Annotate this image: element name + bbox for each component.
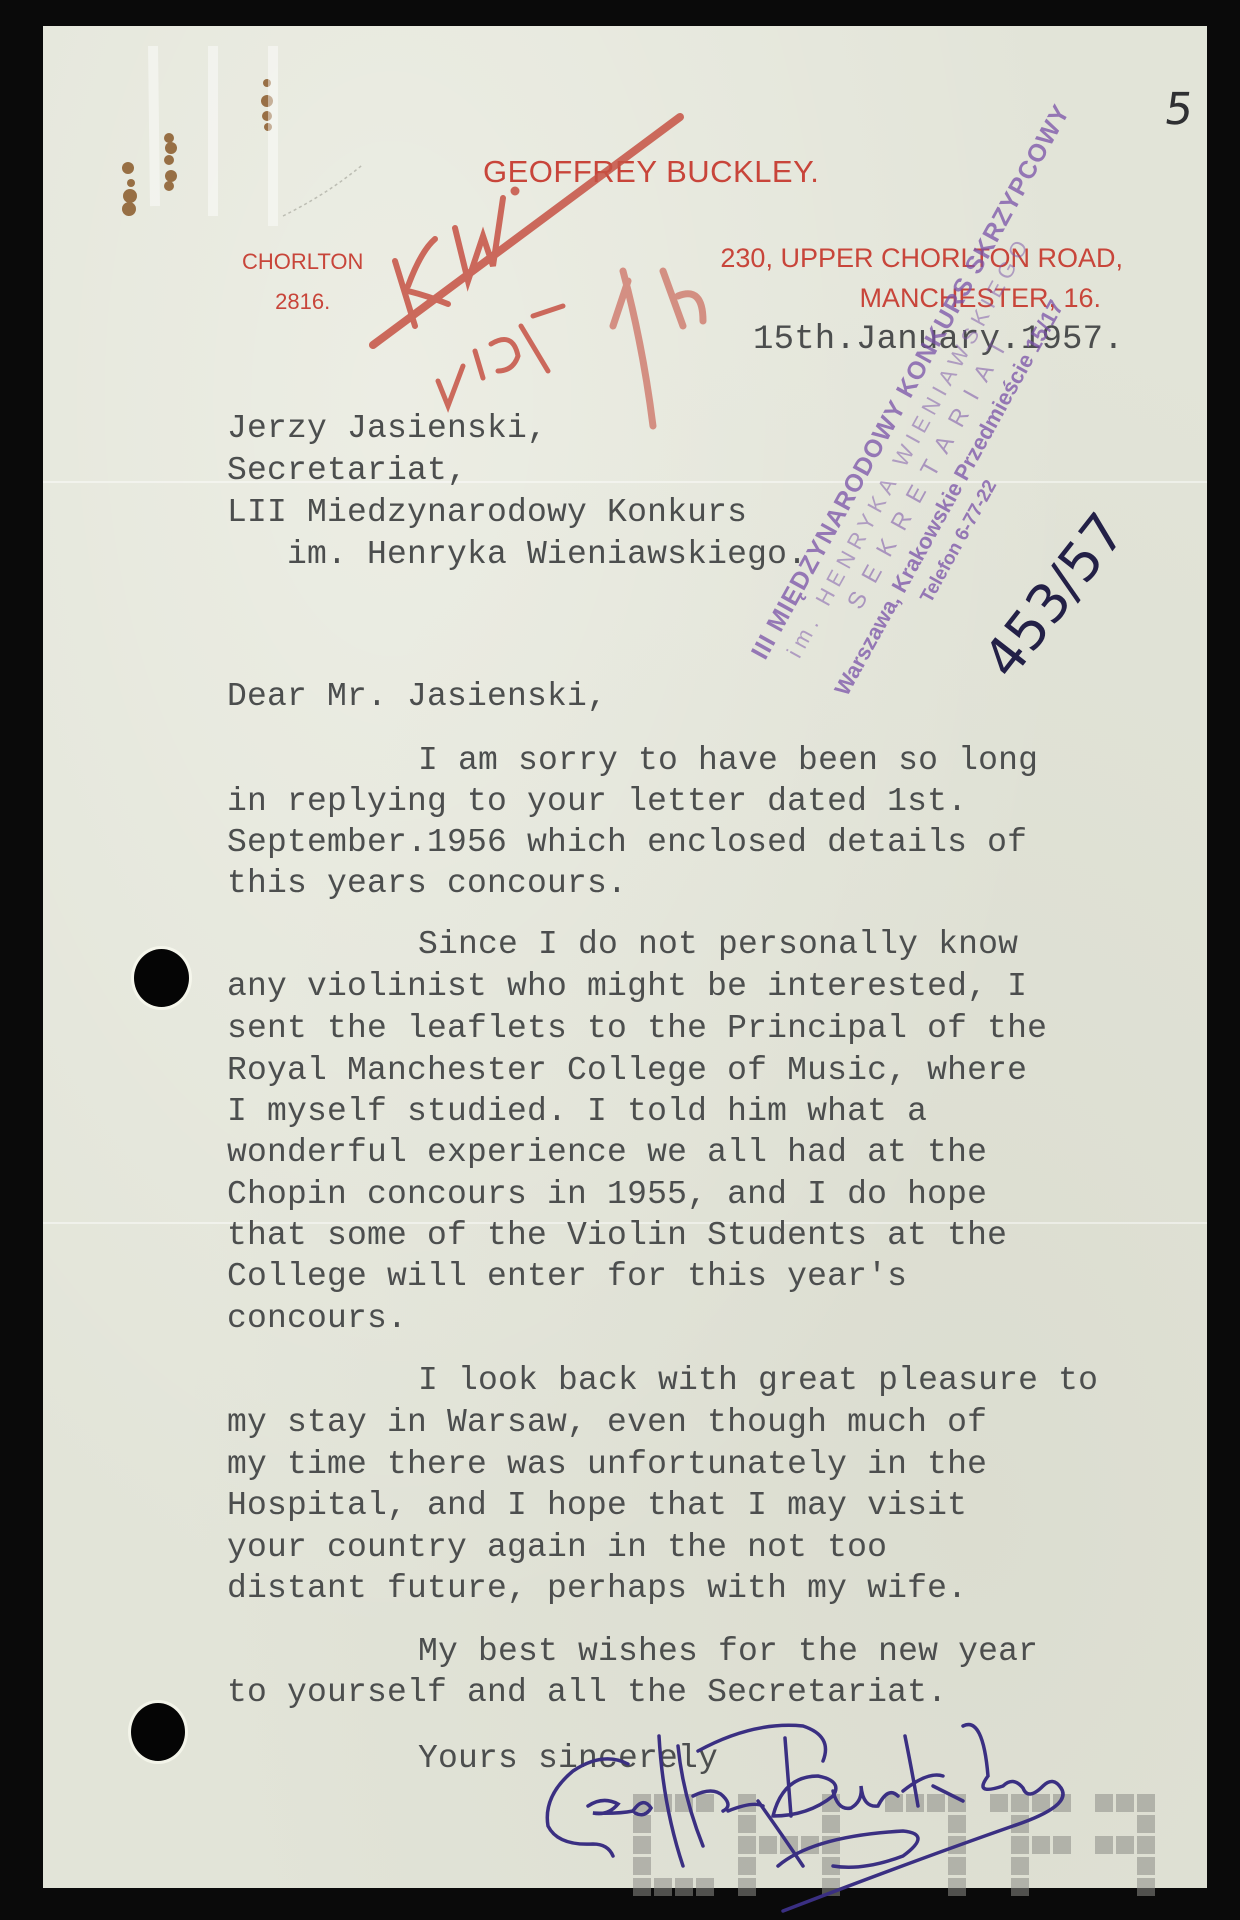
watermark-block <box>1137 1878 1155 1896</box>
letter-date: 15th.January.1957. <box>753 321 1124 359</box>
body-line: September.1956 which enclosed details of <box>227 824 1027 861</box>
watermark-block <box>675 1878 693 1896</box>
watermark-block <box>633 1794 651 1812</box>
watermark-block <box>738 1836 756 1854</box>
watermark-block <box>633 1815 651 1833</box>
watermark-block <box>759 1836 777 1854</box>
watermark-block <box>948 1836 966 1854</box>
recipient-line: im. Henryka Wieniawskiego. <box>227 536 807 573</box>
body-line: that some of the Violin Students at the <box>227 1217 1007 1254</box>
fold-line <box>43 481 1207 483</box>
letterhead-phone: CHORLTON 2816. <box>242 242 363 322</box>
address-line-2: MANCHESTER, 16. <box>679 278 1123 318</box>
watermark-block <box>822 1857 840 1875</box>
punch-hole <box>131 1703 185 1761</box>
watermark-block <box>1011 1878 1029 1896</box>
watermark-block <box>738 1794 756 1812</box>
watermark-block <box>1137 1794 1155 1812</box>
closing: Yours sincerely <box>418 1740 718 1777</box>
body-line: College will enter for this year's <box>227 1258 907 1295</box>
body-line: concours. <box>227 1300 407 1337</box>
recipient-line: Jerzy Jasienski, <box>227 410 547 447</box>
body-line: any violinist who might be interested, I <box>227 968 1027 1005</box>
body-line: my stay in Warsaw, even though much of <box>227 1404 987 1441</box>
watermark-block <box>696 1878 714 1896</box>
body-line: sent the leaflets to the Principal of th… <box>227 1010 1047 1047</box>
watermark-block <box>801 1836 819 1854</box>
body-line: my time there was unfortunately in the <box>227 1446 987 1483</box>
recipient-line: LII Miedzynarodowy Konkurs <box>227 494 747 531</box>
watermark-block <box>906 1794 924 1812</box>
phone-exchange: CHORLTON <box>242 242 363 282</box>
body-line: wonderful experience we all had at the <box>227 1134 987 1171</box>
watermark-block <box>948 1815 966 1833</box>
watermark-block <box>927 1794 945 1812</box>
body-line: Hospital, and I hope that I may visit <box>227 1487 967 1524</box>
watermark-block <box>633 1836 651 1854</box>
watermark-block <box>738 1815 756 1833</box>
punch-hole <box>134 949 189 1007</box>
watermark-block <box>780 1836 798 1854</box>
salutation: Dear Mr. Jasienski, <box>227 678 607 715</box>
body-line: I am sorry to have been so long <box>418 742 1038 779</box>
body-line: I myself studied. I told him what a <box>227 1093 927 1130</box>
phone-number: 2816. <box>242 282 363 322</box>
watermark-block <box>1053 1836 1071 1854</box>
watermark-block <box>633 1857 651 1875</box>
watermark-block <box>885 1794 903 1812</box>
watermark-block <box>822 1815 840 1833</box>
body-line: distant future, perhaps with my wife. <box>227 1570 967 1607</box>
watermark-block <box>990 1794 1008 1812</box>
watermark-block <box>948 1878 966 1896</box>
body-line: Chopin concours in 1955, and I do hope <box>227 1176 987 1213</box>
body-line: your country again in the not too <box>227 1529 887 1566</box>
watermark-block <box>1137 1815 1155 1833</box>
page-number: 5 <box>1161 84 1196 135</box>
address-line-1: 230, UPPER CHORLTON ROAD, <box>679 238 1123 278</box>
watermark-block <box>633 1878 651 1896</box>
body-line: My best wishes for the new year <box>418 1633 1038 1670</box>
watermark-block <box>1137 1836 1155 1854</box>
watermark-block <box>1011 1857 1029 1875</box>
watermark-block <box>1137 1857 1155 1875</box>
watermark-block <box>822 1836 840 1854</box>
watermark-block <box>738 1857 756 1875</box>
watermark-block <box>1011 1836 1029 1854</box>
body-line: this years concours. <box>227 865 627 902</box>
watermark-block <box>948 1794 966 1812</box>
watermark-block <box>1032 1836 1050 1854</box>
body-line: in replying to your letter dated 1st. <box>227 783 967 820</box>
letterhead-address: 230, UPPER CHORLTON ROAD, MANCHESTER, 16… <box>679 238 1123 318</box>
watermark-block <box>654 1878 672 1896</box>
watermark-block <box>675 1794 693 1812</box>
watermark-block <box>696 1794 714 1812</box>
watermark-block <box>1032 1794 1050 1812</box>
watermark-block <box>1116 1836 1134 1854</box>
letter-paper: 5 GEOFFREY BUCKLEY. CHORLTON 2816. 230, … <box>43 26 1207 1888</box>
body-line: Since I do not personally know <box>418 926 1018 963</box>
watermark-block <box>1011 1794 1029 1812</box>
watermark-block <box>822 1794 840 1812</box>
body-line: to yourself and all the Secretariat. <box>227 1674 947 1711</box>
watermark-block <box>948 1857 966 1875</box>
body-line: I look back with great pleasure to <box>418 1362 1098 1399</box>
watermark-block <box>1095 1836 1113 1854</box>
watermark-block <box>654 1794 672 1812</box>
letterhead-name: GEOFFREY BUCKLEY. <box>483 154 819 190</box>
watermark-block <box>1053 1794 1071 1812</box>
body-line: Royal Manchester College of Music, where <box>227 1052 1027 1089</box>
stamp-line: Warszawa, Krakowskie Przedmieście 15/17 <box>824 143 1155 708</box>
watermark-block <box>1095 1794 1113 1812</box>
watermark-block <box>1116 1794 1134 1812</box>
watermark-block <box>822 1878 840 1896</box>
recipient-line: Secretariat, <box>227 452 467 489</box>
watermark-block <box>1011 1815 1029 1833</box>
registration-number: 453/57 <box>971 501 1138 689</box>
watermark-block <box>738 1878 756 1896</box>
